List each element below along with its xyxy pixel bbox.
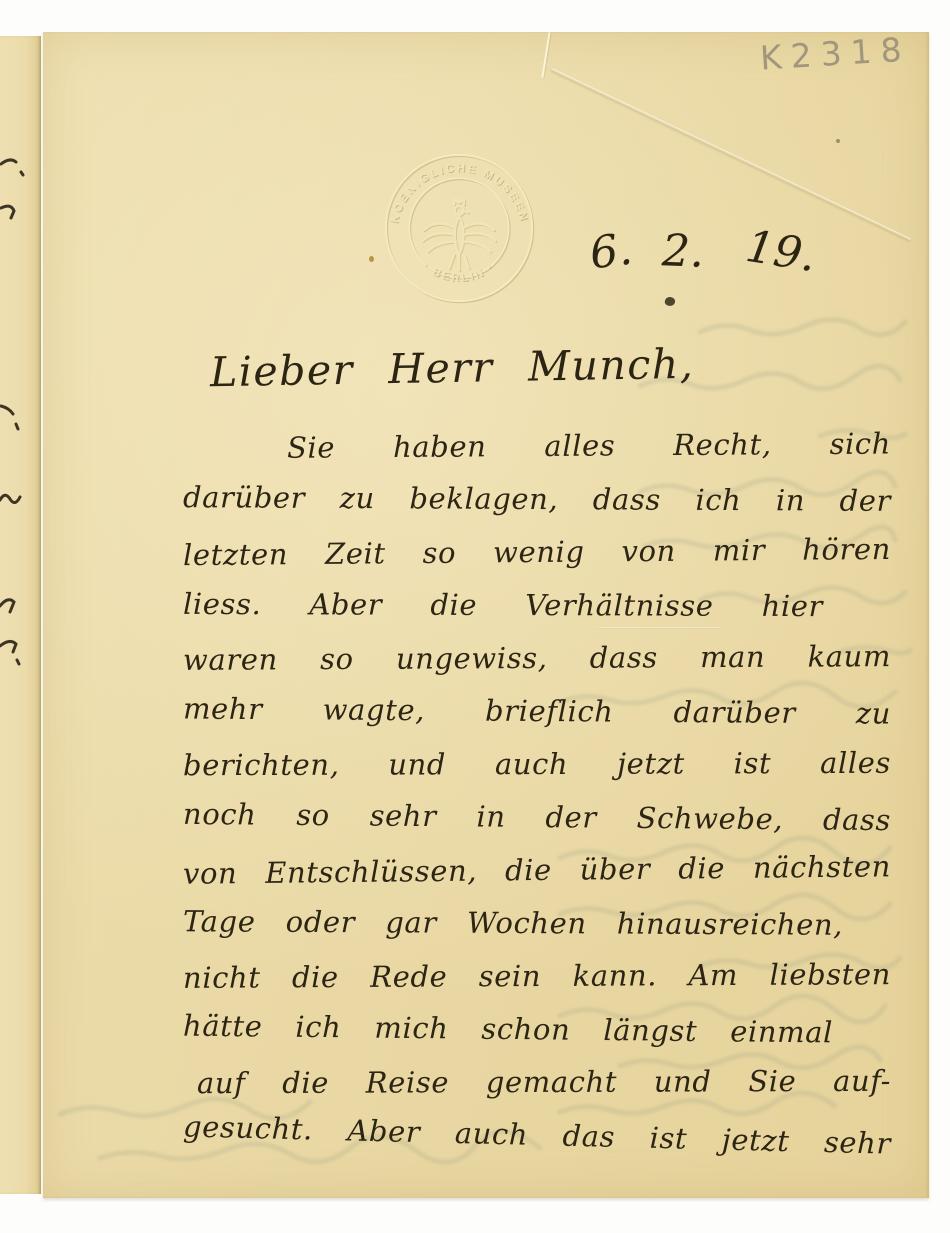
handwriting-line: mehr wagte, brieflich darüber zu — [183, 683, 891, 741]
handwriting-line: waren so ungewiss, dass man kaum — [183, 630, 891, 687]
handwriting-line: auf die Reise gemacht und Sie auf- — [183, 1055, 891, 1110]
handwriting-line: berichten, und auch jetzt ist alles — [183, 737, 891, 792]
letter-scan: KOENIGLICHE MUSEEN · BERLIN · KOENIGLICH… — [0, 0, 950, 1233]
handwriting-line: liess. Aber die Verhältnisse hier — [183, 578, 823, 633]
letter-body: Sie haben alles Recht, sich darüber zu b… — [183, 420, 891, 1162]
adjacent-page-edge — [0, 36, 41, 1194]
handwriting-line: darüber zu beklagen, dass ich in der — [183, 471, 891, 528]
embossed-museum-seal: KOENIGLICHE MUSEEN · BERLIN · KOENIGLICH… — [381, 150, 537, 306]
handwriting-line: von Entschlüssen, die über die nächsten — [183, 840, 892, 900]
handwriting-line: letzten Zeit so wenig von mir hören — [183, 523, 891, 582]
handwriting-line: noch so sehr in der Schwebe, dass — [183, 788, 891, 847]
date-month: 2. — [661, 225, 705, 277]
handwriting-line: Tage oder gar Wochen hinausreichen, — [183, 895, 843, 951]
date-day: 6. — [587, 224, 635, 280]
prussian-eagle-icon — [423, 200, 496, 271]
handwriting-line: nicht die Rede sein kann. Am liebsten — [183, 948, 891, 1005]
ink-stroke-fragments — [0, 36, 41, 1194]
handwriting-line: hätte ich mich schon längst einmal — [183, 1000, 834, 1060]
salutation: Lieber Herr Munch, — [210, 340, 695, 396]
handwriting-line: Sie haben alles Recht, sich — [183, 418, 891, 476]
letter-date: 6. 2. 19. — [590, 226, 816, 277]
handwriting-line: gesucht. Aber auch das ist jetzt sehr — [182, 1100, 891, 1170]
date-year: 19. — [742, 221, 819, 282]
paper-speck — [369, 256, 374, 262]
paper-speck — [836, 139, 840, 143]
